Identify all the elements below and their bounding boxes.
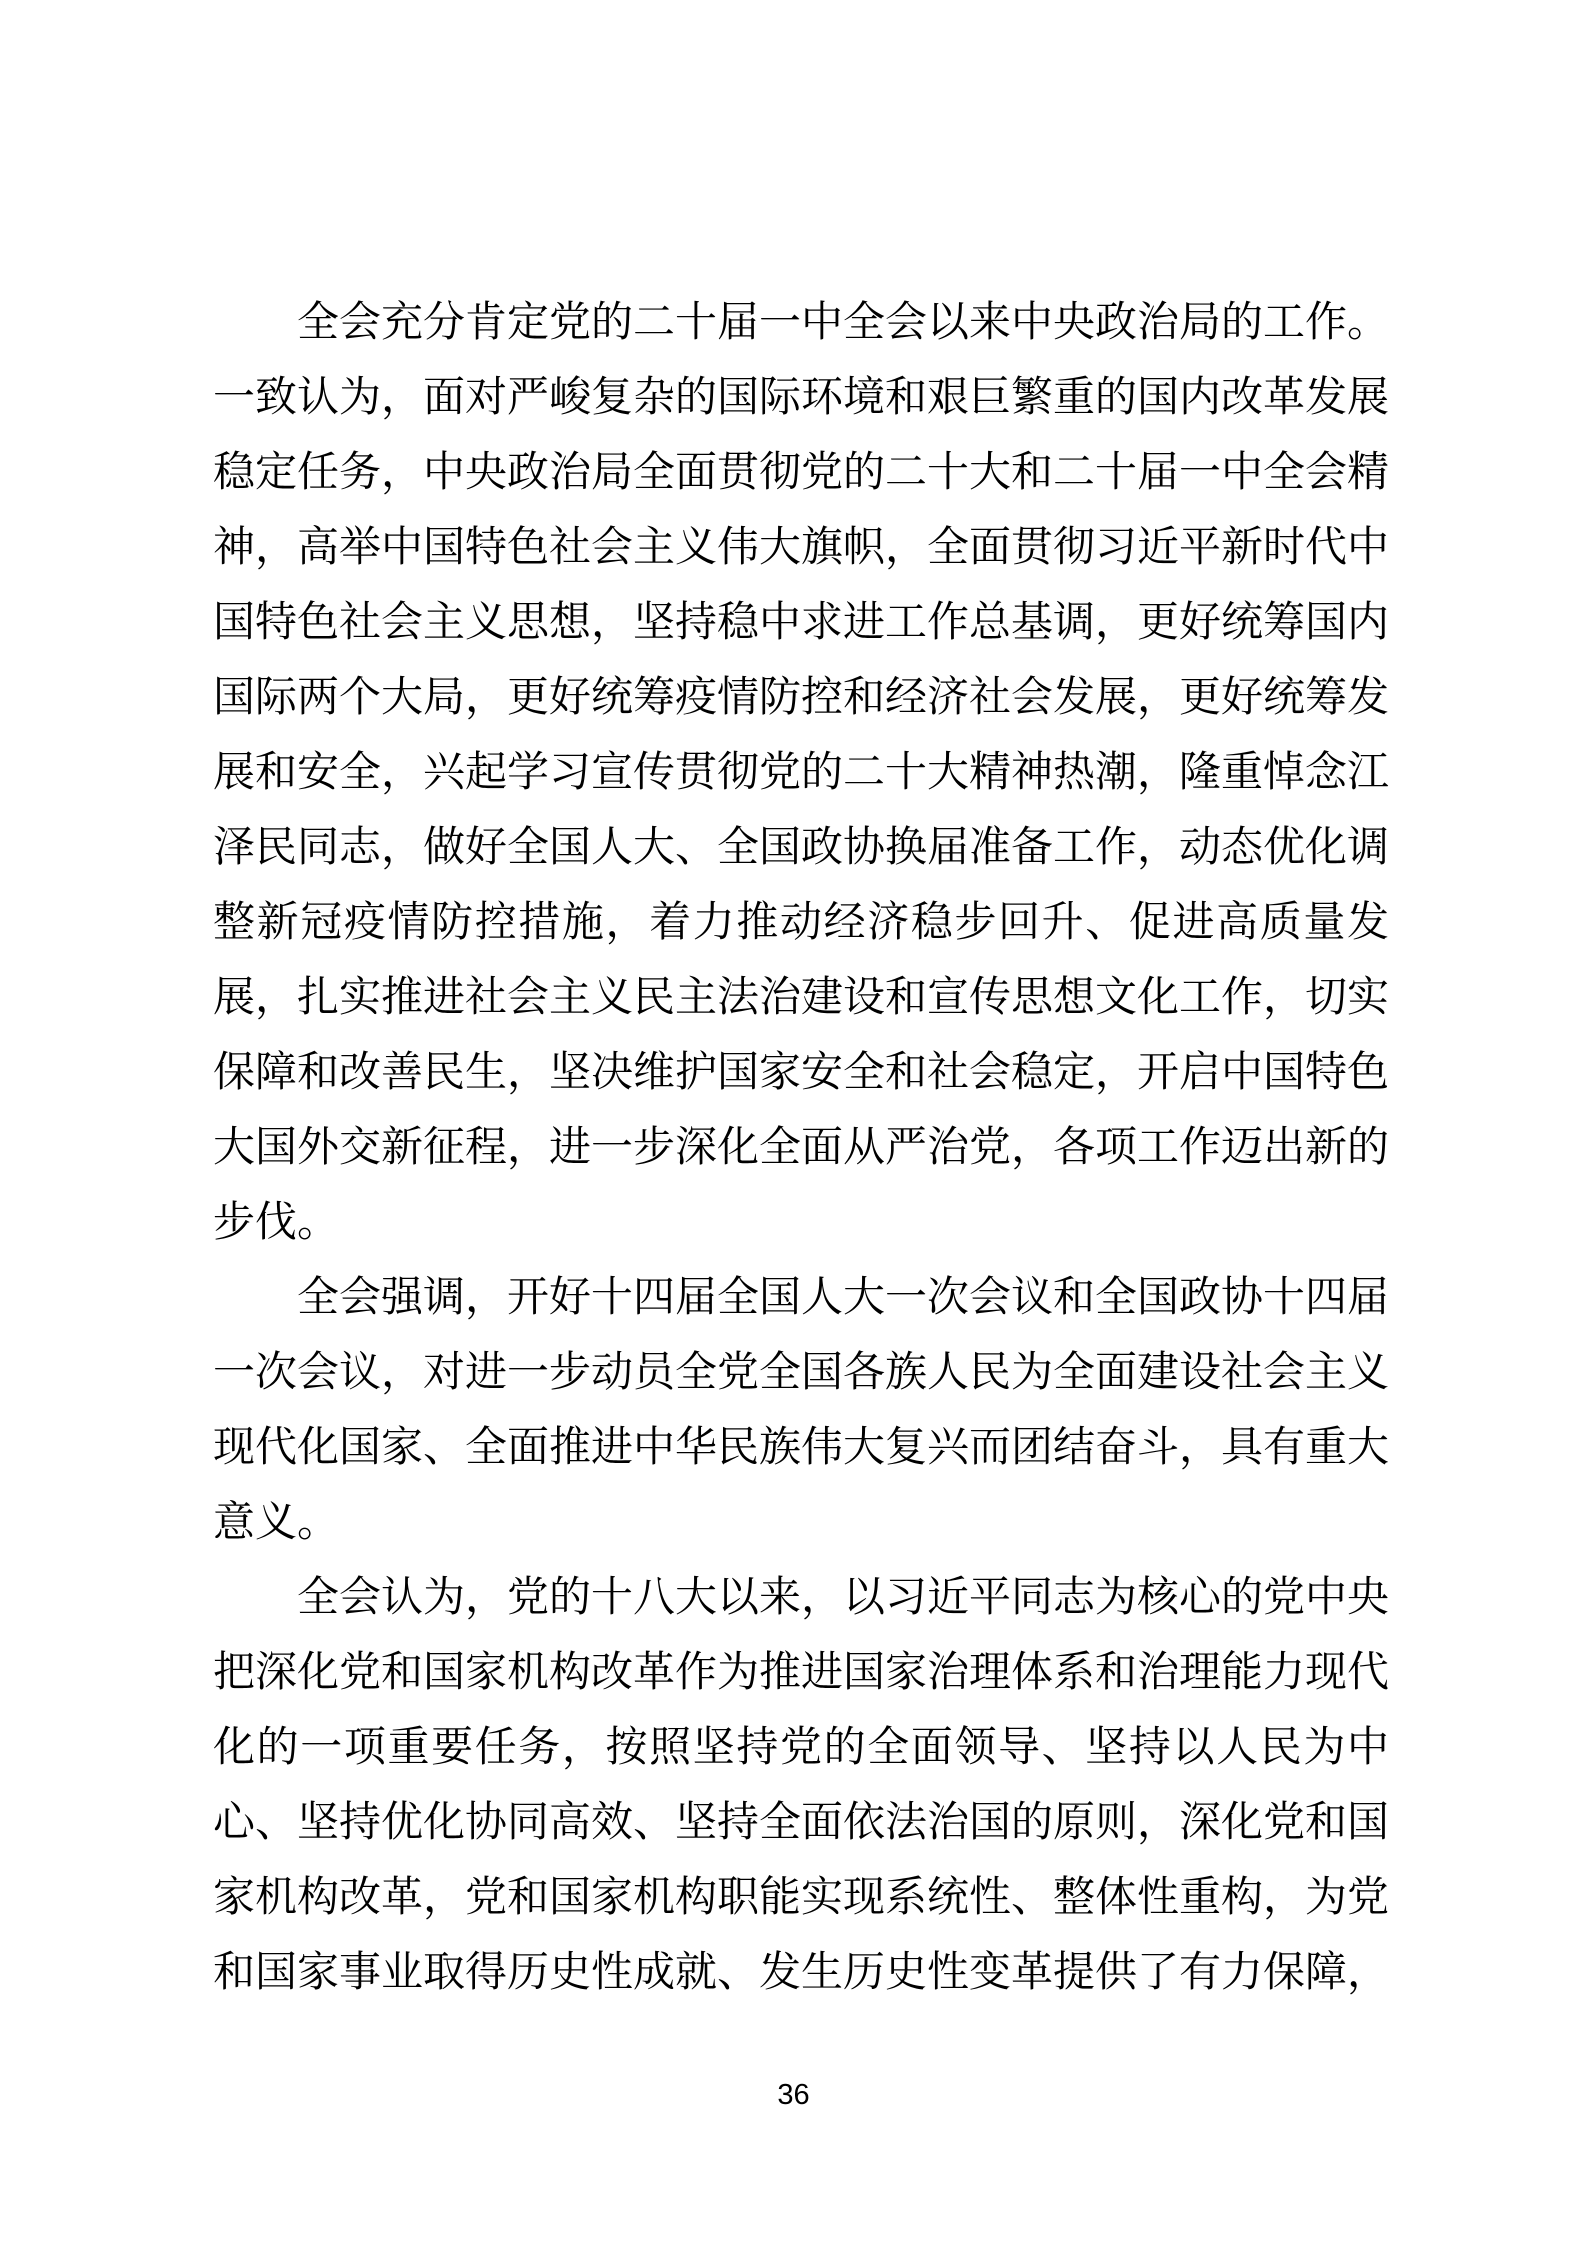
paragraph-2: 全会强调，开好十四届全国人大一次会议和全国政协十四届一次会议，对进一步动员全党全… bbox=[213, 1261, 1389, 1561]
page-footer: 36 bbox=[0, 2078, 1587, 2112]
document-body: 全会充分肯定党的二十届一中全会以来中央政治局的工作。一致认为，面对严峻复杂的国际… bbox=[213, 286, 1389, 2011]
paragraph-1: 全会充分肯定党的二十届一中全会以来中央政治局的工作。一致认为，面对严峻复杂的国际… bbox=[213, 286, 1389, 1261]
page-number: 36 bbox=[777, 2079, 809, 2111]
document-page: 全会充分肯定党的二十届一中全会以来中央政治局的工作。一致认为，面对严峻复杂的国际… bbox=[0, 0, 1587, 2245]
paragraph-3: 全会认为，党的十八大以来，以习近平同志为核心的党中央把深化党和国家机构改革作为推… bbox=[213, 1561, 1389, 2011]
